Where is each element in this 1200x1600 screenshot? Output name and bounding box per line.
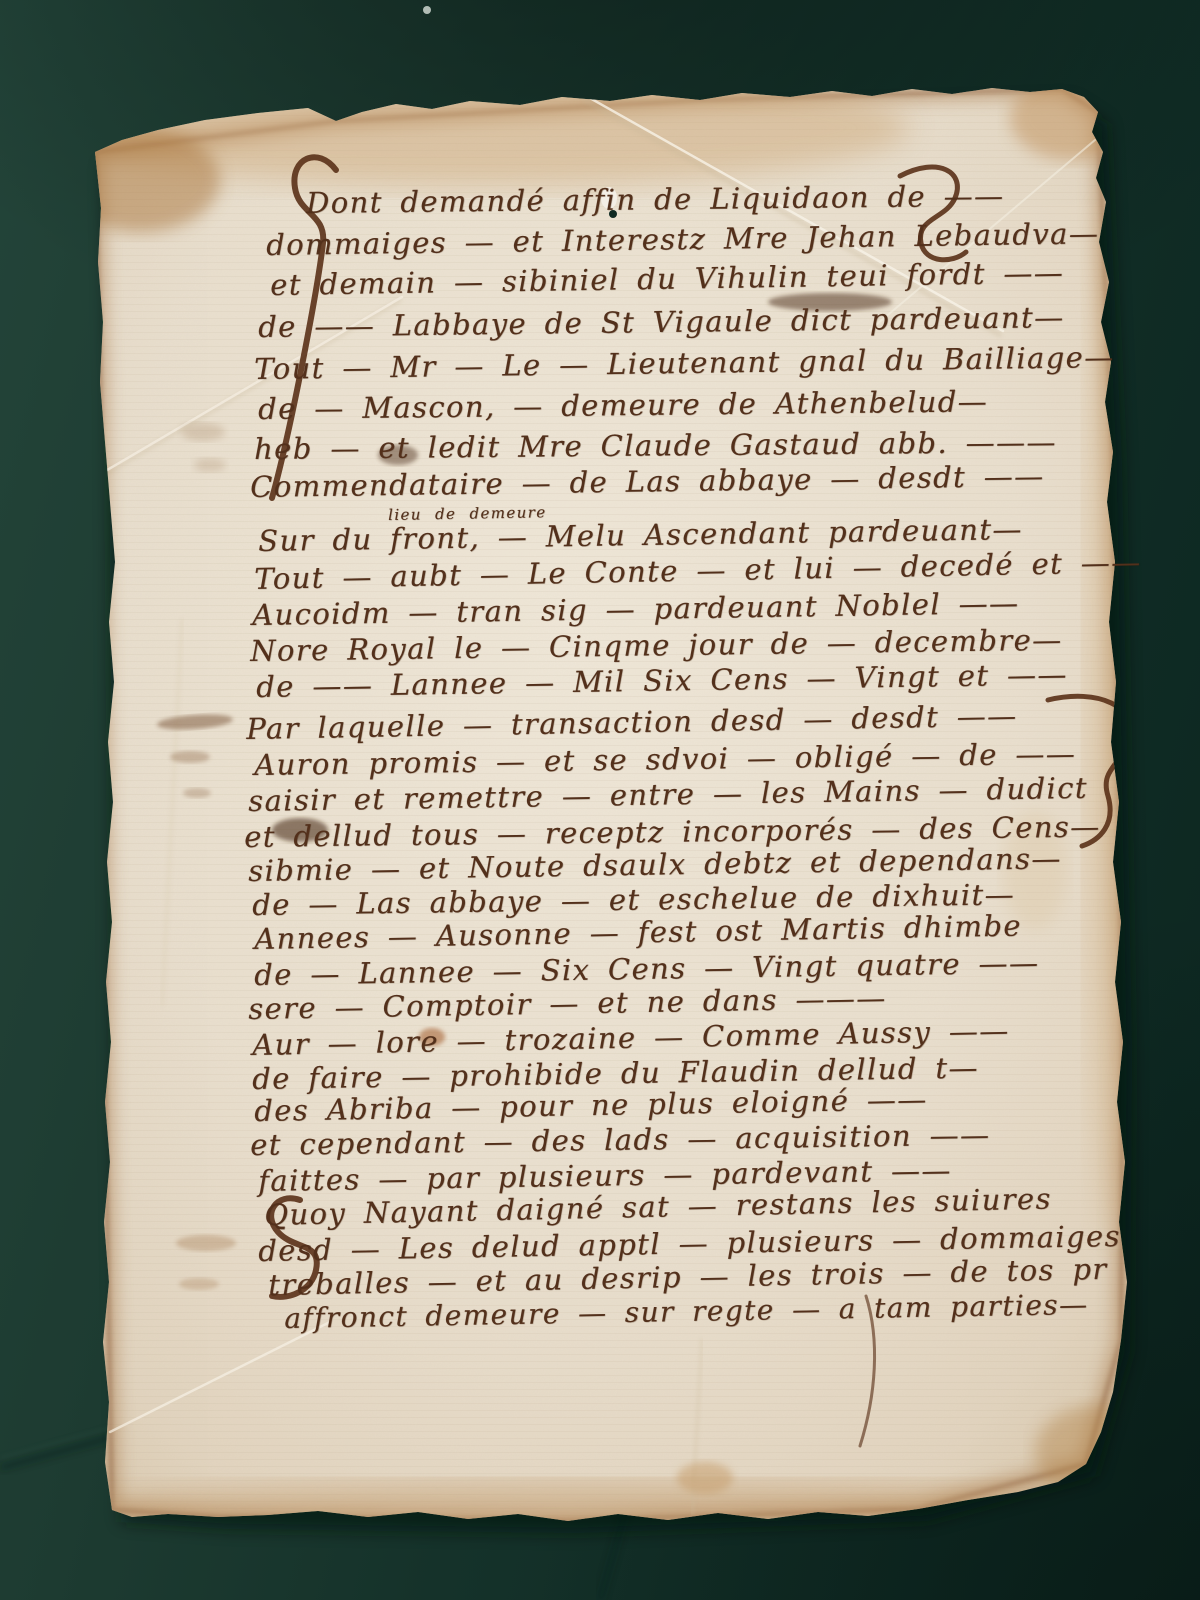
manuscript-line: Tout — Mr — Le — Lieutenant gnal du Bail… — [254, 340, 1115, 386]
manuscript-line: de —— Labbaye de St Vigaule dict pardeua… — [258, 300, 1065, 344]
manuscript-lines: Dont demandé affin de Liquidaon de ——dom… — [0, 0, 1200, 1600]
manuscript-line: Dont demandé affin de Liquidaon de —— — [306, 179, 1005, 220]
manuscript-line: dommaiges — et Interestz Mre Jehan Lebau… — [266, 216, 1099, 262]
manuscript-line: et demain — sibiniel du Vihulin teui for… — [270, 256, 1064, 302]
photo-background: Dont demandé affin de Liquidaon de ——dom… — [0, 0, 1200, 1600]
manuscript-line: Commendataire — de Las abbaye — desdt —— — [250, 459, 1045, 504]
manuscript-line: de — Mascon, — demeure de Athenbelud— — [258, 384, 988, 426]
